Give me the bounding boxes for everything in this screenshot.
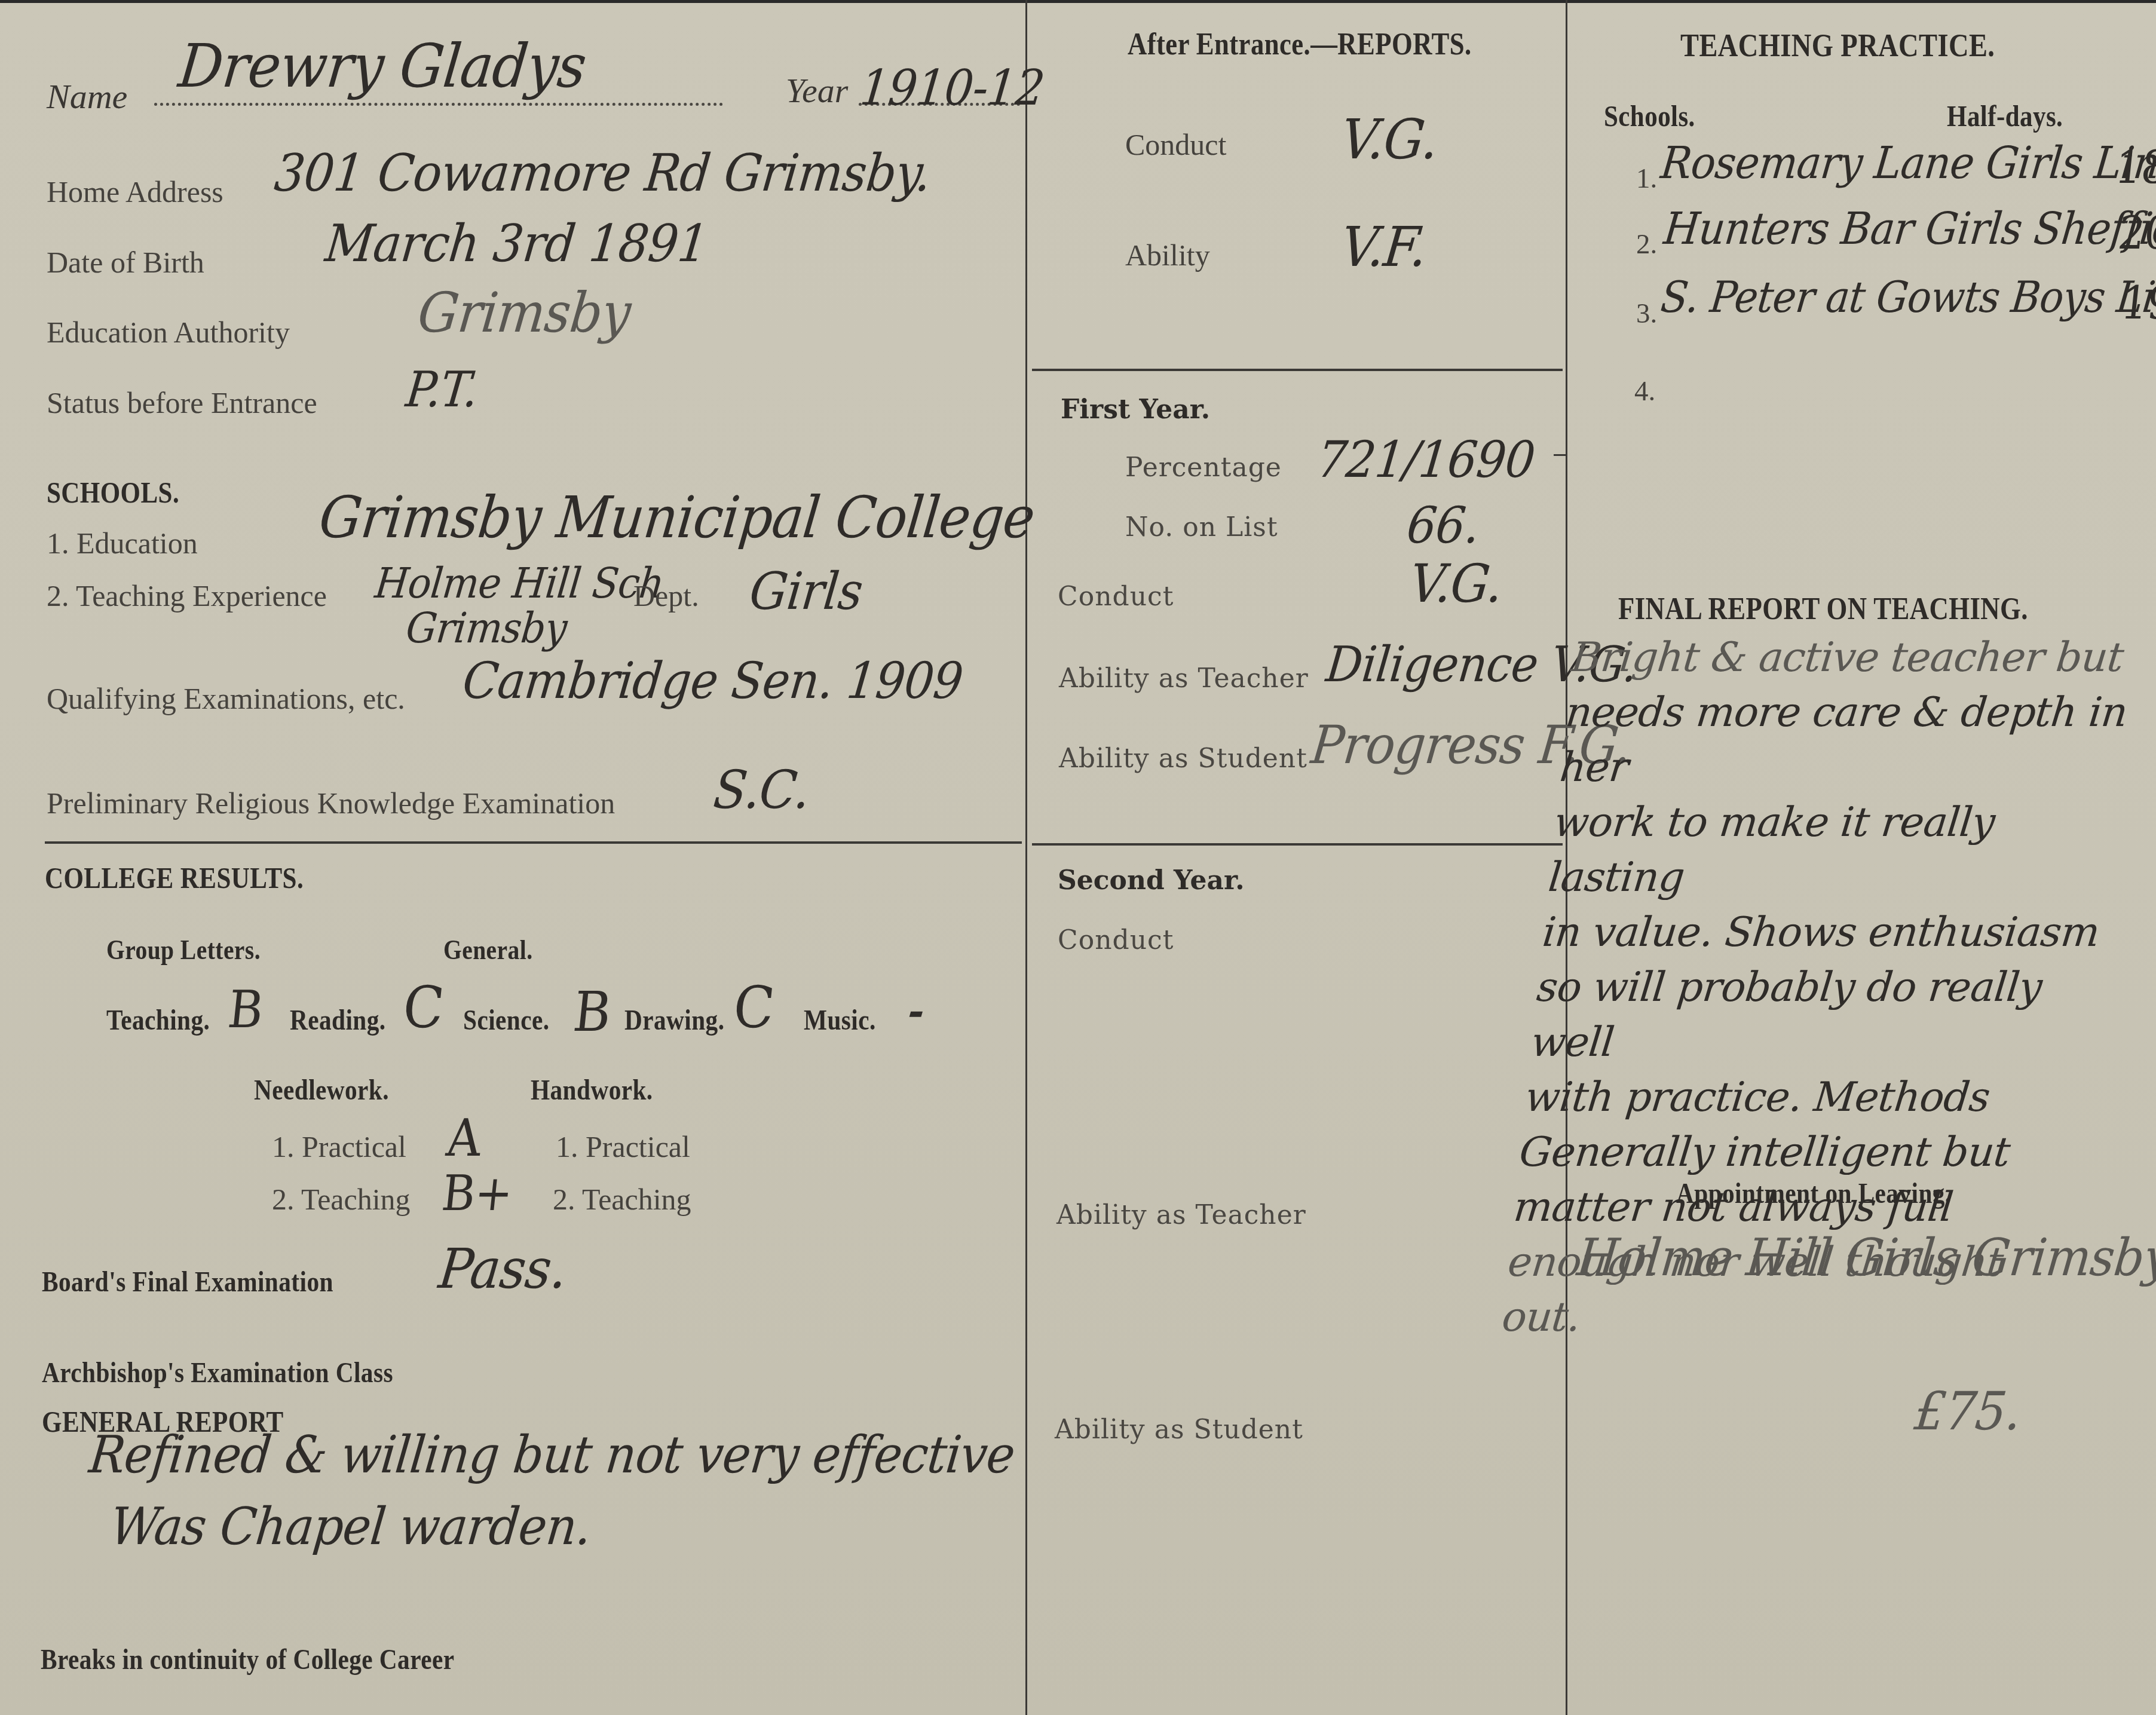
first-year-heading: First Year. (1061, 394, 1210, 425)
subject-reading-label: Reading. (290, 1004, 386, 1037)
divider-first-year (1032, 369, 1563, 371)
appointment-heading: Appointment on Leaving. (1676, 1177, 1952, 1210)
practice-half-days: 18 (2112, 140, 2156, 194)
status-label: Status before Entrance (47, 385, 317, 420)
subject-science-grade: B (570, 980, 614, 1044)
half-days-column-label: Half-days. (1947, 99, 2063, 133)
year-value: 1910-12 (857, 60, 1047, 117)
home-address-value: 301 Cowamore Rd Grimsby. (272, 143, 933, 203)
second-year-heading: Second Year. (1058, 865, 1245, 896)
name-label: Name (47, 76, 127, 117)
needlework-practical-grade: A (444, 1108, 484, 1168)
first-year-conduct-label: Conduct (1058, 581, 1174, 612)
second-year-ability-teacher-label: Ability as Teacher (1056, 1200, 1306, 1230)
home-address-label: Home Address (47, 174, 223, 209)
needlework-practical-label: 1. Practical (272, 1129, 406, 1164)
name-value: Drewry Gladys (176, 31, 589, 101)
no-on-list-label: No. on List (1125, 512, 1278, 543)
year-label: Year (786, 71, 848, 111)
final-report-line: Generally intelligent but (1517, 1125, 2096, 1180)
schools-column-label: Schools. (1604, 99, 1695, 133)
boards-final-value: Pass. (436, 1237, 569, 1301)
handwork-label: Handwork. (531, 1074, 653, 1107)
first-year-ability-teacher-label: Ability as Teacher (1059, 663, 1309, 694)
handwork-teaching-label: 2. Teaching (553, 1182, 691, 1217)
general-label: General. (443, 934, 533, 966)
practice-row-number: 1. (1636, 163, 1657, 195)
practice-row-number: 4. (1634, 375, 1655, 408)
second-year-ability-student-label: Ability as Student (1055, 1414, 1303, 1445)
final-report-line: needs more care & depth in her (1557, 685, 2142, 795)
qualifying-label: Qualifying Examinations, etc. (47, 681, 405, 716)
practice-row-number: 3. (1636, 298, 1657, 330)
education-authority-value: Grimsby (415, 281, 633, 345)
practice-school: Hunters Bar Girls Sheffield (1661, 203, 2156, 255)
subject-drawing-label: Drawing. (624, 1004, 724, 1037)
teaching-experience-label: 2. Teaching Experience (47, 578, 327, 613)
after-entrance-ability-label: Ability (1125, 238, 1210, 272)
needlework-teaching-grade: B+ (439, 1165, 515, 1222)
teaching-experience-value-line2: Grimsby (404, 604, 569, 653)
boards-final-label: Board's Final Examination (42, 1266, 333, 1298)
practice-half-days: 19 (2118, 276, 2156, 329)
religious-label: Preliminary Religious Knowledge Examinat… (47, 786, 615, 820)
schools-heading: SCHOOLS. (47, 475, 179, 510)
general-report-line1: Refined & willing but not very effective (87, 1425, 1018, 1485)
needlework-teaching-label: 2. Teaching (272, 1182, 411, 1217)
final-report-heading: FINAL REPORT ON TEACHING. (1618, 592, 2028, 627)
dob-label: Date of Birth (47, 245, 204, 280)
subject-teaching-grade: B (225, 980, 266, 1040)
appointment-salary: £75. (1912, 1380, 2024, 1442)
subject-teaching-label: Teaching. (106, 1004, 210, 1037)
dob-value: March 3rd 1891 (323, 214, 710, 274)
education-label: 1. Education (47, 526, 198, 561)
practice-row-number: 2. (1636, 228, 1657, 261)
qualifying-value: Cambridge Sen. 1909 (460, 651, 966, 710)
no-on-list-value: 66. (1404, 496, 1482, 555)
subject-reading-grade: C (400, 974, 446, 1041)
name-dotted-line (154, 103, 723, 106)
divider-second-year (1032, 843, 1563, 846)
divider-college-results (45, 841, 1022, 844)
appointment-value: Holme Hill Girls Grimsby (1575, 1228, 2156, 1288)
practice-half-days: 20 (2115, 206, 2156, 259)
divider-stub-right (1554, 454, 1566, 456)
religious-value: S.C. (711, 759, 813, 820)
education-authority-label: Education Authority (47, 315, 290, 350)
education-value: Grimsby Municipal College (316, 484, 1037, 551)
after-entrance-heading: After Entrance.—REPORTS. (1128, 27, 1472, 62)
dept-label: Dept. (633, 578, 699, 613)
first-year-conduct-value: V.G. (1407, 553, 1506, 614)
practice-school: S. Peter at Gowts Boys Lincoln (1659, 272, 2156, 322)
after-entrance-conduct-label: Conduct (1125, 127, 1226, 162)
after-entrance-ability-value: V.F. (1338, 215, 1429, 279)
first-year-ability-student-label: Ability as Student (1059, 743, 1307, 774)
group-letters-label: Group Letters. (106, 934, 261, 966)
percentage-value: 721/1690 (1315, 430, 1538, 489)
status-value: P.T. (403, 362, 480, 418)
archbishop-label: Archbishop's Examination Class (42, 1356, 393, 1389)
after-entrance-conduct-value: V.G. (1338, 108, 1441, 171)
final-report-line: in value. Shows enthusiasm (1540, 905, 2120, 960)
teaching-experience-value: Holme Hill Sch (373, 559, 666, 608)
final-report-line: with practice. Methods (1523, 1070, 2102, 1125)
subject-science-label: Science. (463, 1004, 549, 1037)
final-report-line: Bright & active teacher but (1569, 630, 2148, 685)
handwork-practical-label: 1. Practical (556, 1129, 690, 1164)
general-report-line2: Was Chapel warden. (108, 1497, 594, 1557)
column-divider-left (1025, 0, 1027, 1715)
needlework-label: Needlework. (254, 1074, 389, 1107)
final-report-line: work to make it really lasting (1546, 795, 2131, 905)
subject-drawing-grade: C (730, 974, 777, 1041)
second-year-conduct-label: Conduct (1058, 925, 1174, 955)
breaks-label: Breaks in continuity of College Career (41, 1643, 454, 1676)
subject-music-label: Music. (804, 1004, 876, 1037)
dept-value: Girls (747, 562, 865, 621)
teaching-practice-heading: TEACHING PRACTICE. (1680, 27, 1995, 64)
percentage-label: Percentage (1125, 452, 1282, 483)
practice-school: Rosemary Lane Girls Linc (1658, 137, 2156, 189)
college-results-heading: COLLEGE RESULTS. (45, 860, 304, 895)
final-report-line: so will probably do really well (1529, 960, 2114, 1070)
